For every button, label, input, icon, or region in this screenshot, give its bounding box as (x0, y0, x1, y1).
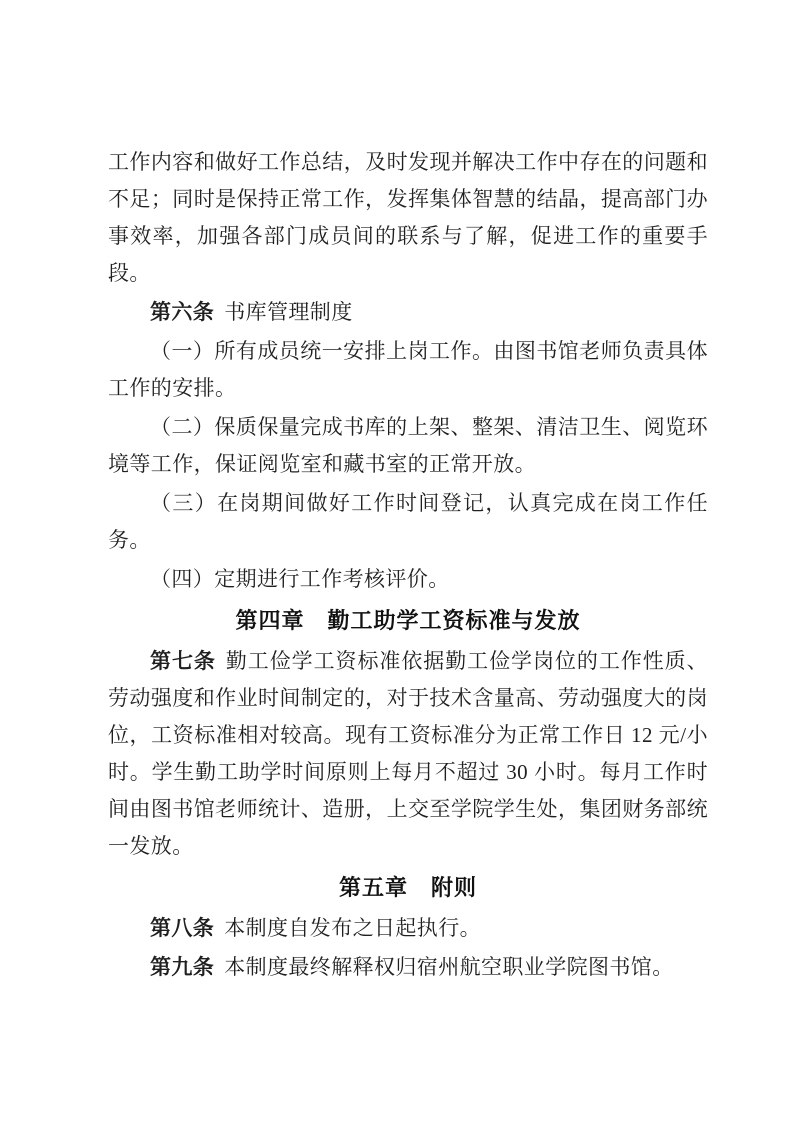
chapter-4-heading: 第四章 勤工助学工资标准与发放 (108, 602, 708, 639)
list-item-2: （二）保质保量完成书库的上架、整架、清洁卫生、阅览环境等工作，保证阅览室和藏书室… (108, 409, 708, 483)
article-6-label: 第六条 (150, 300, 214, 324)
article-6: 第六条书库管理制度 (108, 294, 708, 331)
document-page: 工作内容和做好工作总结，及时发现并解决工作中存在的问题和不足；同时是保持正常工作… (0, 0, 793, 1122)
list-item-1: （一）所有成员统一安排上岗工作。由图书馆老师负责具体工作的安排。 (108, 333, 708, 407)
article-9-text: 本制度最终解释权归宿州航空职业学院图书馆。 (224, 955, 673, 979)
article-7-label: 第七条 (150, 649, 216, 673)
list-item-3: （三）在岗期间做好工作时间登记，认真完成在岗工作任务。 (108, 485, 708, 559)
article-8-label: 第八条 (150, 916, 214, 940)
article-8: 第八条本制度自发布之日起执行。 (108, 910, 708, 947)
article-8-text: 本制度自发布之日起执行。 (224, 916, 481, 940)
chapter-5-heading: 第五章 附则 (108, 869, 708, 906)
paragraph-continuation: 工作内容和做好工作总结，及时发现并解决工作中存在的问题和不足；同时是保持正常工作… (108, 144, 708, 292)
list-item-4: （四）定期进行工作考核评价。 (108, 561, 708, 598)
article-9: 第九条本制度最终解释权归宿州航空职业学院图书馆。 (108, 949, 708, 986)
article-6-text: 书库管理制度 (224, 300, 352, 324)
article-7-text: 勤工俭学工资标准依据勤工俭学岗位的工作性质、劳动强度和作业时间制定的，对于技术含… (108, 649, 708, 858)
article-9-label: 第九条 (150, 955, 214, 979)
article-7: 第七条勤工俭学工资标准依据勤工俭学岗位的工作性质、劳动强度和作业时间制定的，对于… (108, 643, 708, 865)
